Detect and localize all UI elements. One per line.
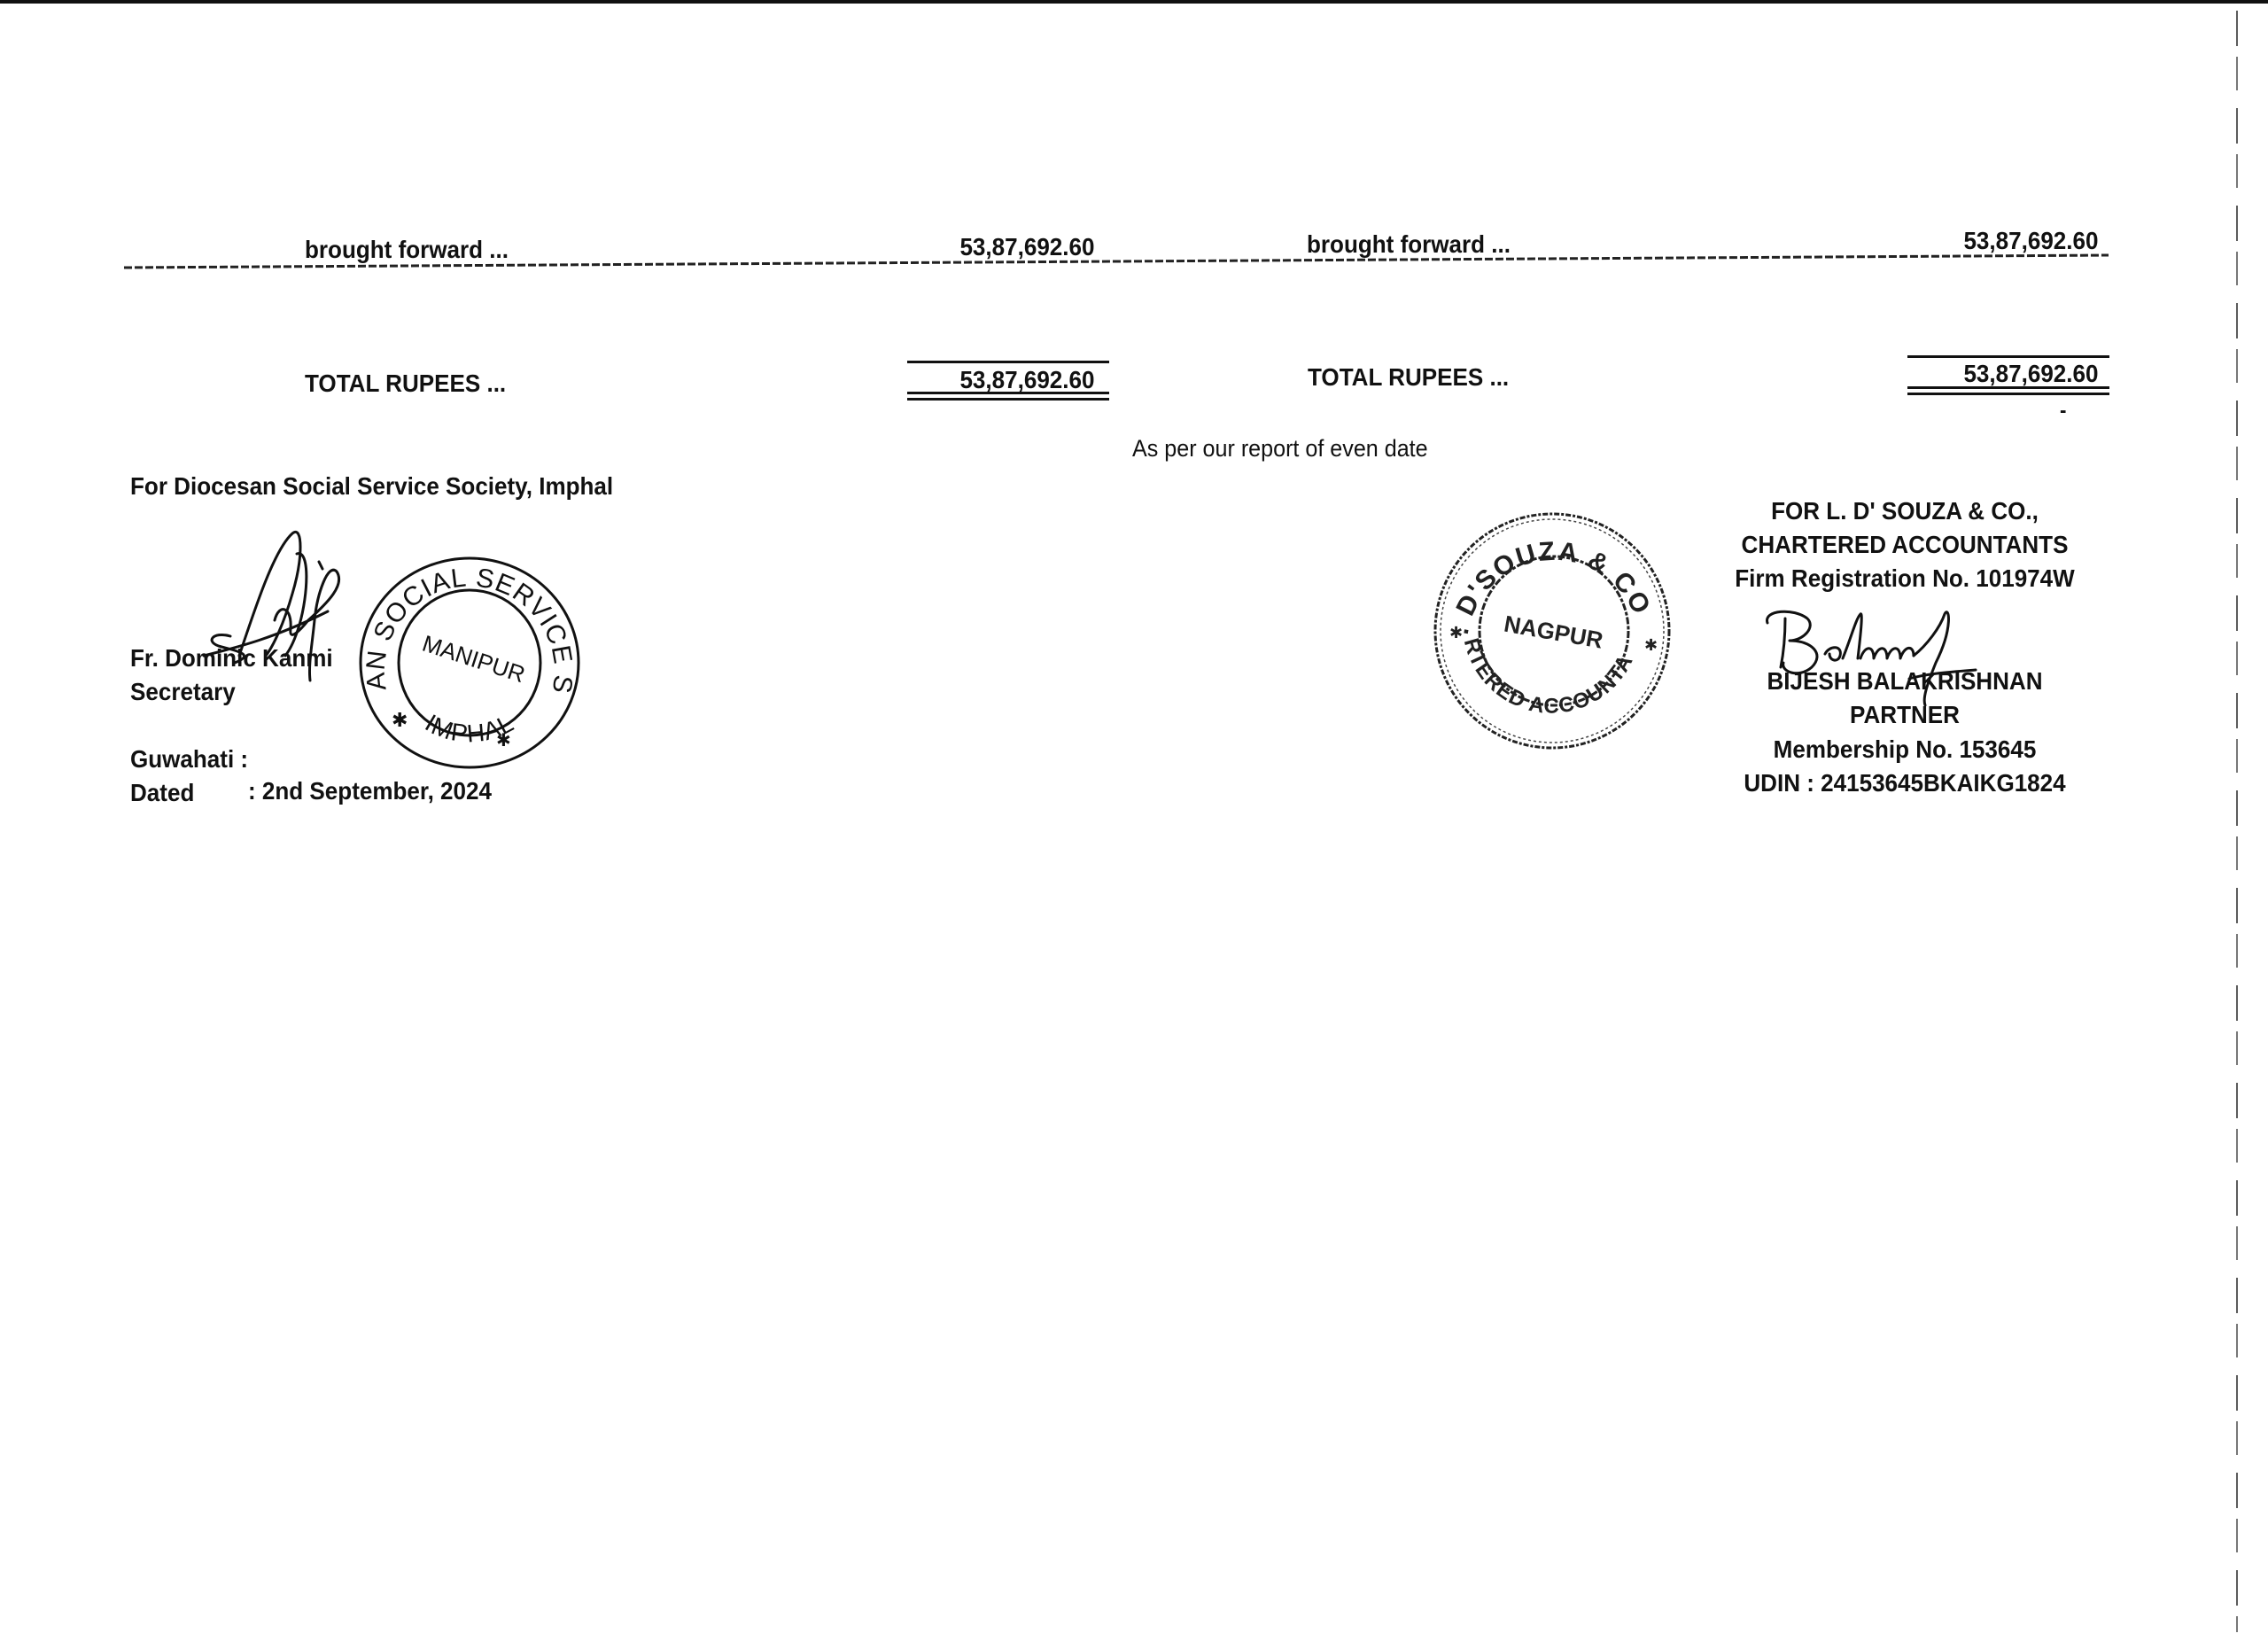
auditor-firm-registration: Firm Registration No. 101974W <box>1699 566 2111 591</box>
svg-text:✱: ✱ <box>496 731 511 751</box>
svg-text:MANIPUR: MANIPUR <box>419 630 528 688</box>
secretary-title: Secretary <box>130 680 236 704</box>
right-total-double-rule-1 <box>1907 386 2109 389</box>
auditor-seal-stamp: L. D'SOUZA & CO. CHARTERED ACCOUNTANTS N… <box>1428 507 1676 755</box>
partner-title: PARTNER <box>1699 703 2111 727</box>
society-for-line: For Diocesan Social Service Society, Imp… <box>130 474 613 499</box>
svg-text:NAGPUR: NAGPUR <box>1502 611 1604 654</box>
svg-text:✱: ✱ <box>1449 624 1463 642</box>
auditor-for-line: FOR L. D' SOUZA & CO., <box>1699 499 2111 524</box>
report-note: As per our report of even date <box>1132 437 1428 461</box>
dated-label: Dated <box>130 781 194 805</box>
right-total-value: 53,87,692.60 <box>1963 362 2098 386</box>
svg-text:✱: ✱ <box>392 709 408 731</box>
secretary-name: Fr. Dominic Kanmi <box>130 646 333 671</box>
partner-udin: UDIN : 24153645BKAIKG1824 <box>1699 771 2111 796</box>
society-seal-stamp: DIOCESAN SOCIAL SERVICE SOCIETY IMPHAL M… <box>354 549 585 780</box>
left-total-label: TOTAL RUPEES ... <box>305 371 506 396</box>
svg-text:DIOCESAN SOCIAL SERVICE SOCIET: DIOCESAN SOCIAL SERVICE SOCIETY <box>344 526 578 696</box>
left-total-double-rule-1 <box>907 392 1109 394</box>
partner-membership: Membership No. 153645 <box>1699 737 2111 762</box>
dated-value: : 2nd September, 2024 <box>248 779 492 804</box>
trailing-dash-mark: - <box>2060 401 2066 422</box>
left-total-value: 53,87,692.60 <box>959 368 1094 393</box>
right-total-top-rule <box>1907 355 2109 358</box>
svg-text:L. D'SOUZA & CO.: L. D'SOUZA & CO. <box>1419 484 1657 637</box>
right-total-double-rule-2 <box>1907 393 2109 395</box>
secretary-signature <box>204 523 363 700</box>
auditor-firm-type: CHARTERED ACCOUNTANTS <box>1699 533 2111 557</box>
partner-name: BIJESH BALAKRISHNAN <box>1699 669 2111 694</box>
right-total-label: TOTAL RUPEES ... <box>1308 365 1509 390</box>
left-total-double-rule-2 <box>907 398 1109 401</box>
svg-text:✱: ✱ <box>1644 636 1658 654</box>
left-total-top-rule <box>907 361 1109 363</box>
place-label: Guwahati : <box>130 747 248 772</box>
dashed-separator <box>0 0 2268 284</box>
